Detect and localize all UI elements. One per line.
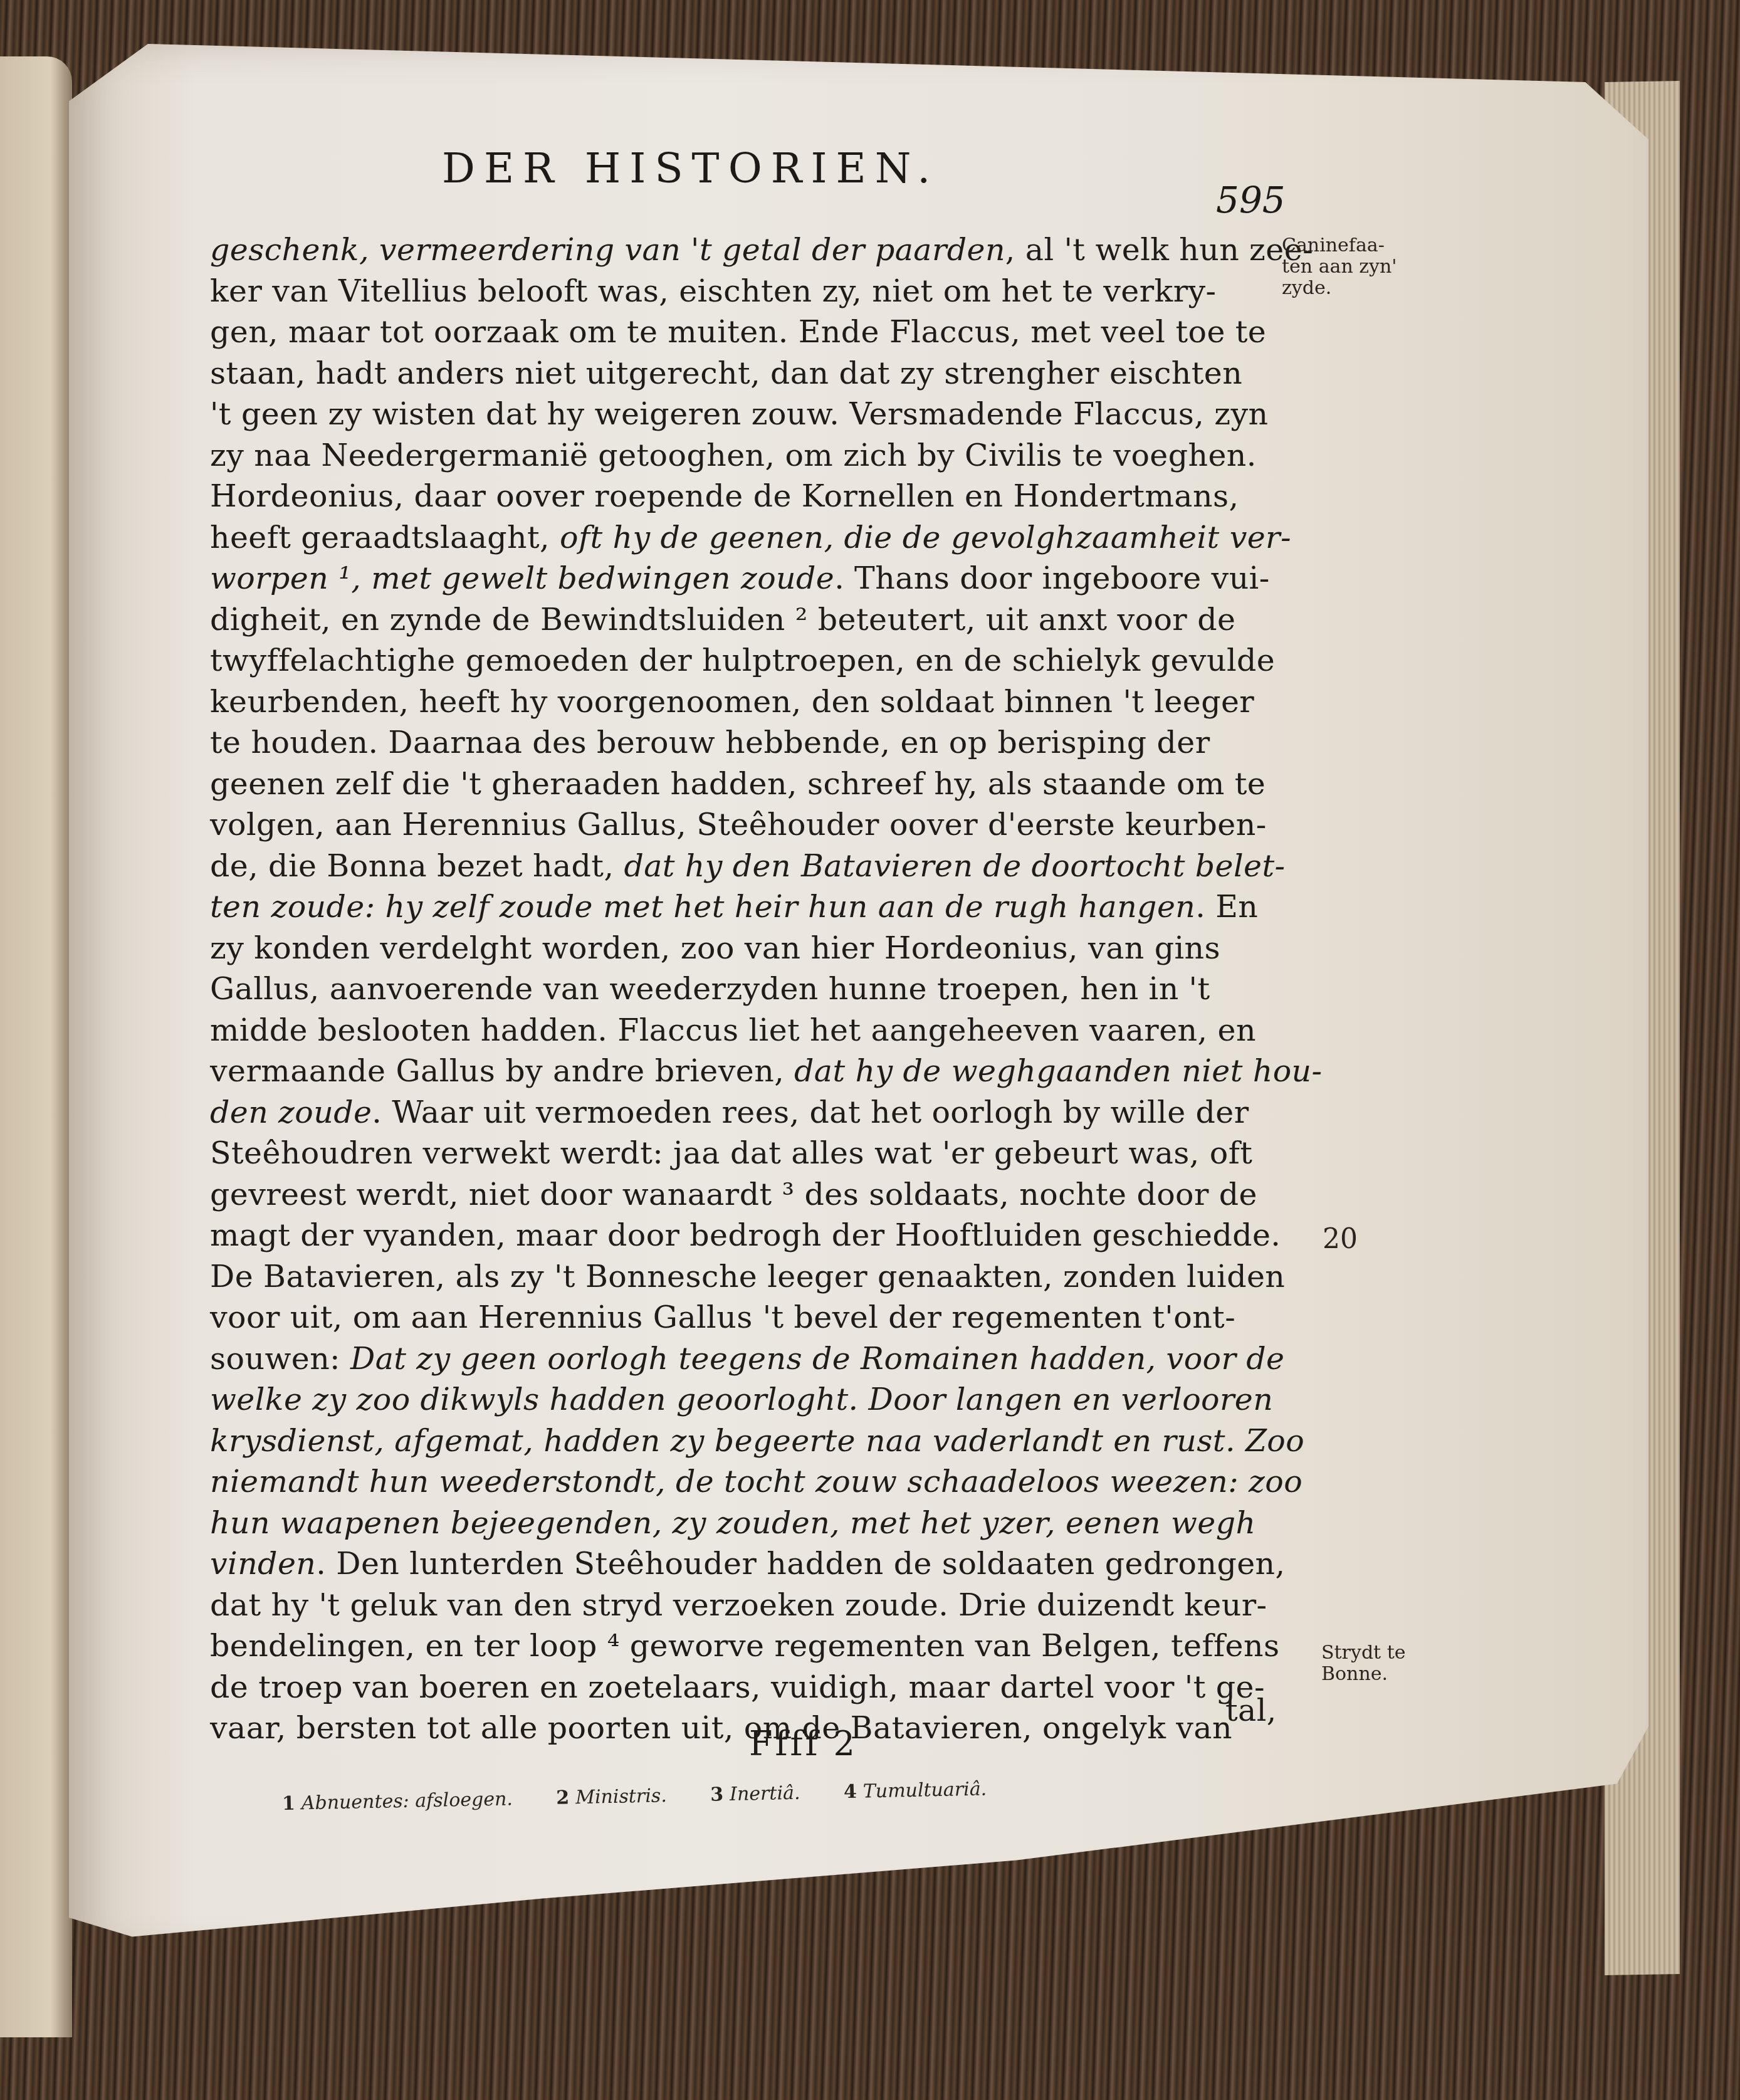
text-line: vinden. Den lunterden Steêhouder hadden … [210, 1546, 1285, 1582]
text-line: geschenk, vermeerdering van 't getal der… [210, 232, 1313, 268]
footnote-3: 3Inertiâ. [710, 1782, 800, 1806]
text-line: den zoude. Waar uit vermoeden rees, dat … [210, 1095, 1249, 1130]
text-line: heeft geraadtslaaght, oft hy de geenen, … [210, 520, 1291, 555]
text-line: midde beslooten hadden. Flaccus liet het… [210, 1012, 1256, 1048]
signature-mark: Ffff 2 [749, 1724, 857, 1763]
text-line: staan, hadt anders niet uitgerecht, dan … [210, 355, 1242, 391]
running-title: DER HISTORIEN. [442, 144, 939, 192]
text-line: volgen, aan Herennius Gallus, Steêhouder… [210, 807, 1267, 843]
text-line: digheit, en zynde de Bewindtsluiden ² be… [210, 602, 1235, 638]
text-line: zy naa Needergermanië getooghen, om zich… [210, 438, 1257, 473]
text-line: 't geen zy wisten dat hy weigeren zouw. … [210, 396, 1269, 432]
text-line: te houden. Daarnaa des berouw hebbende, … [210, 725, 1210, 760]
text-line: krysdienst, afgemat, hadden zy begeerte … [210, 1423, 1304, 1459]
text-line: magt der vyanden, maar door bedrogh der … [210, 1217, 1281, 1253]
margin-note-caninefaaten: Caninefaa- ten aan zyn' zyde. [1282, 235, 1397, 299]
text-line: souwen: Dat zy geen oorlogh teegens de R… [210, 1341, 1284, 1377]
text-line: gevreest werdt, niet door wanaardt ³ des… [210, 1177, 1257, 1212]
text-line: vaar, bersten tot alle poorten uit, om d… [210, 1710, 1232, 1746]
text-line: Hordeonius, daar oover roepende de Korne… [210, 478, 1239, 514]
text-line: Gallus, aanvoerende van weederzyden hunn… [210, 971, 1210, 1007]
text-line: de, die Bonna bezet hadt, dat hy den Bat… [210, 848, 1285, 884]
text-line: keurbenden, heeft hy voorgenoomen, den s… [210, 684, 1254, 720]
text-line: geenen zelf die 't gheraaden hadden, sch… [210, 766, 1266, 802]
text-line: De Batavieren, als zy 't Bonnesche leege… [210, 1259, 1285, 1294]
margin-note-strydt: Strydt te Bonne. [1321, 1642, 1406, 1685]
text-line: welke zy zoo dikwyls hadden geoorloght. … [210, 1382, 1273, 1417]
text-line: bendelingen, en ter loop ⁴ geworve regem… [210, 1628, 1279, 1664]
text-line: voor uit, om aan Herennius Gallus 't bev… [210, 1299, 1235, 1335]
text-line: Steêhoudren verwekt werdt: jaa dat alles… [210, 1135, 1252, 1171]
text-line: de troep van boeren en zoetelaars, vuidi… [210, 1669, 1265, 1705]
text-line: ker van Vitellius belooft was, eischten … [210, 273, 1217, 309]
catchword: tal, [1225, 1693, 1277, 1728]
footnote-2: 2Ministris. [556, 1785, 667, 1809]
text-line: ten zoude: hy zelf zoude met het heir hu… [210, 889, 1258, 925]
text-line: dat hy 't geluk van den stryd verzoeken … [210, 1587, 1267, 1623]
text-line: niemandt hun weederstondt, de tocht zouw… [210, 1464, 1302, 1499]
text-line: vermaande Gallus by andre brieven, dat h… [210, 1053, 1322, 1089]
text-line: hun waapenen bejeegenden, zy zouden, met… [210, 1505, 1255, 1541]
text-line: gen, maar tot oorzaak om te muiten. Ende… [210, 314, 1266, 350]
text-line: zy konden verdelght worden, zoo van hier… [210, 930, 1220, 966]
text-line: worpen ¹, met gewelt bedwingen zoude. Th… [210, 560, 1270, 596]
page-number: 595 [1216, 179, 1286, 221]
margin-line-number: 20 [1323, 1229, 1358, 1250]
facing-page-edge [0, 56, 72, 2037]
text-line: twyffelachtighe gemoeden der hulptroepen… [210, 643, 1275, 678]
footnote-4: 4Tumultuariâ. [844, 1778, 987, 1803]
